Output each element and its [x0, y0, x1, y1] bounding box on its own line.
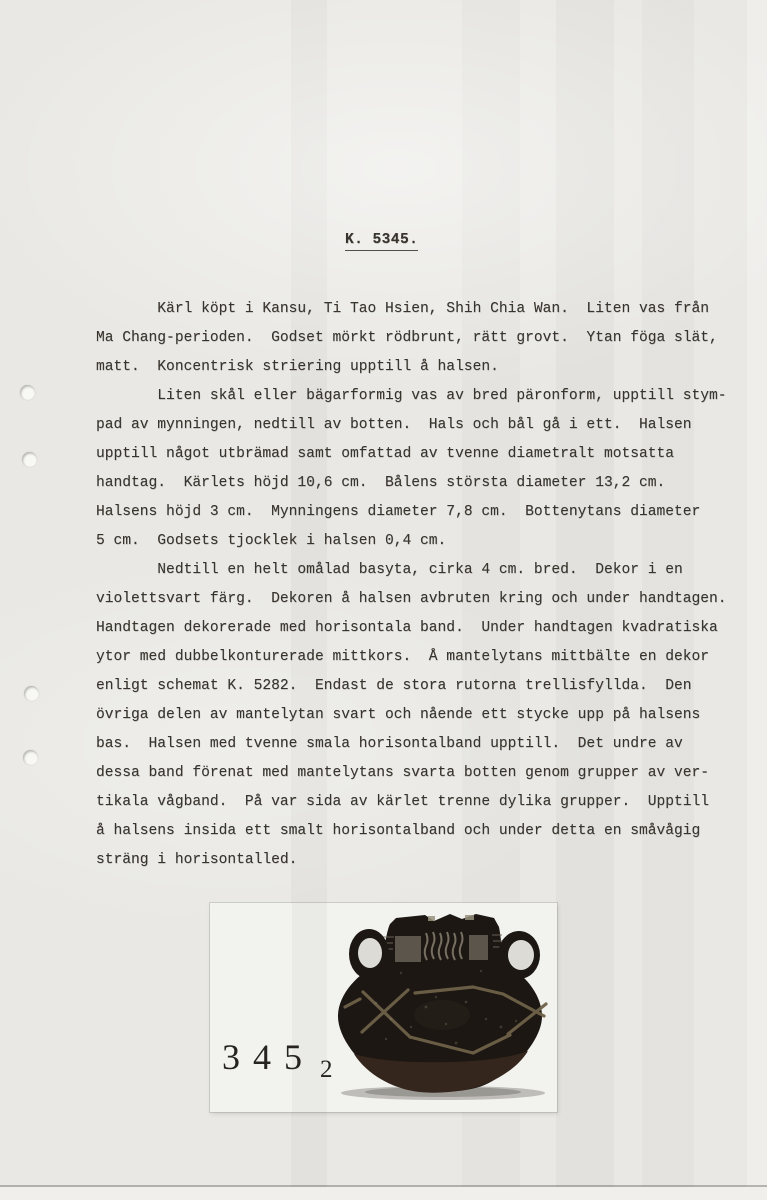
text-line: matt. Koncentrisk striering upptill å ha…: [96, 353, 756, 382]
text-line: Kärl köpt i Kansu, Ti Tao Hsien, Shih Ch…: [96, 295, 756, 324]
text-line: Liten skål eller bägarformig vas av bred…: [96, 382, 756, 411]
text-line: Halsens höjd 3 cm. Mynningens diameter 7…: [96, 498, 756, 527]
scan-background-strip: [0, 1187, 767, 1200]
document-body: Kärl köpt i Kansu, Ti Tao Hsien, Shih Ch…: [96, 295, 756, 875]
text-line: handtag. Kärlets höjd 10,6 cm. Bålens st…: [96, 469, 756, 498]
document-number-heading: K. 5345.: [345, 232, 418, 251]
text-line: sträng i horisontalled.: [96, 846, 756, 875]
text-line: upptill något utbrämad samt omfattad av …: [96, 440, 756, 469]
text-line: Ma Chang-perioden. Godset mörkt rödbrunt…: [96, 324, 756, 353]
text-line: dessa band förenat med mantelytans svart…: [96, 759, 756, 788]
text-line: enligt schemat K. 5282. Endast de stora …: [96, 672, 756, 701]
punch-hole: [23, 750, 38, 765]
photograph: 345 2: [210, 903, 557, 1112]
text-line: 5 cm. Godsets tjocklek i halsen 0,4 cm.: [96, 527, 756, 556]
punch-hole: [20, 385, 35, 400]
text-line: violettsvart färg. Dekoren å halsen avbr…: [96, 585, 756, 614]
vessel-photo: [210, 903, 557, 1112]
text-line: å halsens insida ett smalt horisontalban…: [96, 817, 756, 846]
punch-hole: [24, 686, 39, 701]
scanned-document-page: K. 5345. Kärl köpt i Kansu, Ti Tao Hsien…: [0, 0, 767, 1200]
text-line: Nedtill en helt omålad basyta, cirka 4 c…: [96, 556, 756, 585]
text-line: Handtagen dekorerade med horisontala ban…: [96, 614, 756, 643]
text-line: ytor med dubbelkonturerade mittkors. Å m…: [96, 643, 756, 672]
text-line: övriga delen av mantelytan svart och nåe…: [96, 701, 756, 730]
text-line: pad av mynningen, nedtill av botten. Hal…: [96, 411, 756, 440]
photo-number-suffix: 2: [320, 1057, 333, 1082]
text-line: bas. Halsen med tvenne smala horisontalb…: [96, 730, 756, 759]
photo-number-label: 345: [222, 1039, 315, 1075]
punch-hole: [22, 452, 37, 467]
text-line: tikala vågband. På var sida av kärlet tr…: [96, 788, 756, 817]
